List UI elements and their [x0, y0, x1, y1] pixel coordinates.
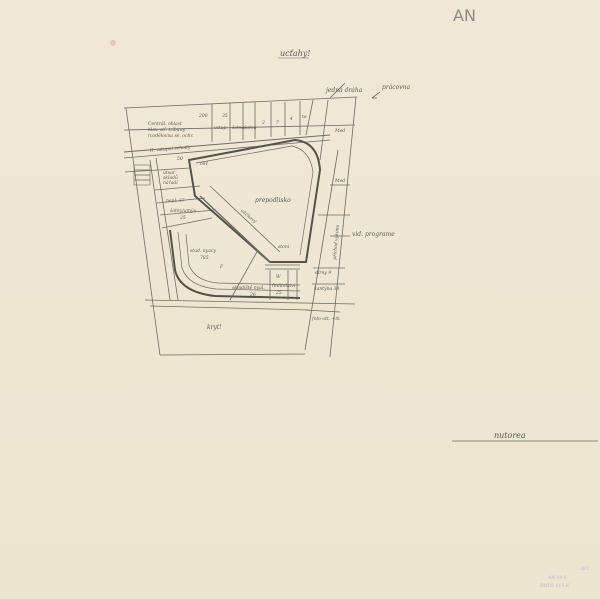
lower-right-kantyna: kantýna 34 [314, 288, 339, 293]
left-mid-3: nářadí [163, 182, 178, 187]
lower-right-foto: foto-ott. +tk [312, 318, 340, 323]
dim-35: 35 [222, 115, 228, 120]
col-1: vstup [214, 127, 226, 132]
left-block-line-1: Centrál. oblast [148, 123, 182, 128]
stairs-label: stoni [278, 246, 289, 251]
dim-200: 200 [199, 115, 208, 120]
sheet-code: AN [453, 8, 476, 24]
view-label: nutorea [494, 432, 526, 440]
right-label-med-1: Med [335, 130, 345, 135]
stamp-line-2: PARIS 11S K [540, 585, 569, 590]
note-pracovna: prácovna [382, 85, 410, 91]
left-mid2-2: šatny/umýv. [170, 210, 197, 215]
lower-strip-2: 26 [250, 294, 256, 299]
bottom-field-label: kryt! [207, 325, 222, 331]
ohr-label: ohř. [200, 163, 209, 168]
col-3: šatna [244, 127, 256, 132]
right-label-med-2: Med [335, 180, 345, 185]
pitch-label: prepodlisko [255, 198, 291, 204]
f-mark: F [220, 266, 223, 271]
lower-cell-1: W [276, 276, 281, 281]
col-7: to [302, 116, 307, 121]
red-dot-mark [110, 40, 116, 46]
col-4: 2 [262, 122, 265, 127]
lower-right-dirny: dírny 9 [315, 272, 331, 277]
lower-cell-3: 25 [276, 292, 282, 297]
col-5: 7 [276, 122, 279, 127]
site-plan-drawing [0, 0, 600, 599]
vid-programe-note: vid. programe [352, 232, 395, 238]
dim-50: 50 [177, 158, 183, 163]
col-6: 4 [290, 118, 293, 123]
stamp-number: 383 [580, 568, 589, 573]
col-2: šatna [232, 127, 244, 132]
lower-cell-2: ředitelství [272, 285, 295, 290]
left-lower-2: 785 [200, 257, 209, 262]
lower-strip-1: skladiště nyal. [232, 287, 265, 292]
left-block-line-3: rozdělovna se. ochr. [148, 135, 194, 140]
sheet-title: ucťahy! [280, 50, 311, 58]
left-block-line-2: hlav. stř. tribuny [148, 129, 185, 134]
left-mid2-1: nepl. 37 [166, 200, 184, 205]
left-mid2-3: 25 [180, 217, 186, 222]
note-jedna-draha: jedná dráha [326, 88, 362, 94]
left-lower-1: stud. nyacy [190, 250, 216, 255]
stamp-line-1: AN 19 8 [548, 577, 567, 582]
